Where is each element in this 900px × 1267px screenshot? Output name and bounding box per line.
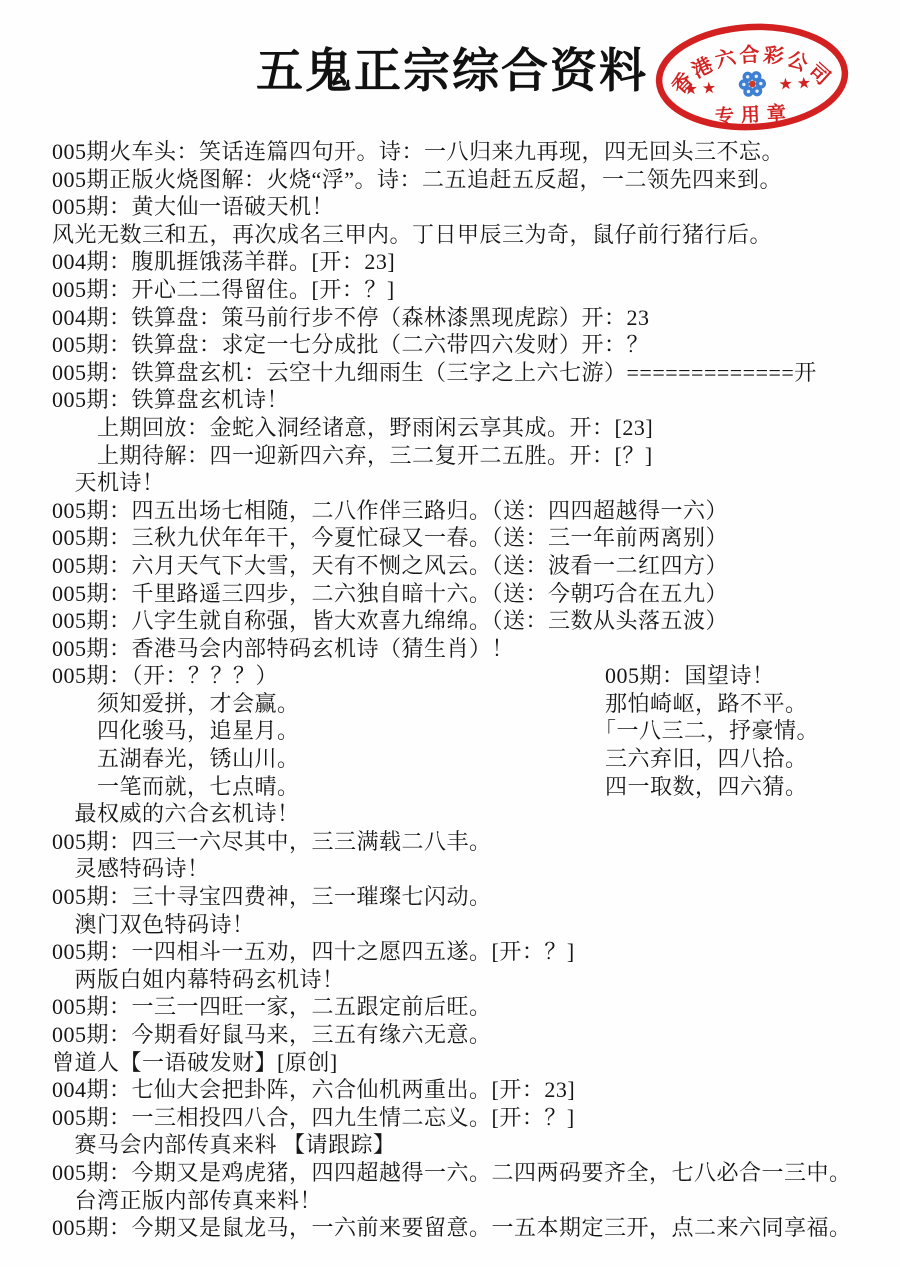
text-line: 005期：八字生就自称强，皆大欢喜九绵绵。（送：三数从头落五波） xyxy=(52,607,876,635)
company-seal: 香港六合彩公司 ★★ ★★ 专用章 xyxy=(649,17,854,137)
text-line: 赛马会内部传真来料 【请跟踪】 xyxy=(52,1131,876,1159)
text-line: 005期：一三一四旺一家，二五跟定前后旺。 xyxy=(52,993,876,1021)
text-line: 005期：开心二二得留住。[开：？] xyxy=(52,276,876,304)
text-line: 那怕崎岖，路不平。 xyxy=(605,690,876,718)
text-line: 风光无数三和五，再次成名三甲内。丁日甲辰三为奇，鼠仔前行猪行后。 xyxy=(52,221,876,249)
document-body: 005期火车头：笑话连篇四句开。诗：一八归来九再现，四无回头三不忘。005期正版… xyxy=(52,138,876,1242)
left-poem-column: 005期：（开：？？？） 须知爱拼，才会赢。 四化骏马，追星月。 五湖春光，锈山… xyxy=(52,662,605,800)
text-line: 005期正版火烧图解：火烧“浮”。诗：二五追赶五反超，一二领先四来到。 xyxy=(52,166,876,194)
text-line: 005期：香港马会内部特码玄机诗（猜生肖）！ xyxy=(52,635,876,663)
text-line: 曾道人【一语破发财】[原创] xyxy=(52,1049,876,1077)
text-line: 四一取数，四六猜。 xyxy=(605,773,876,801)
text-line: 须知爱拼，才会赢。 xyxy=(52,690,605,718)
text-line: 四化骏马，追星月。 xyxy=(52,717,605,745)
star-icons-left: ★★ xyxy=(683,80,721,99)
text-line: 005期：铁算盘玄机：云空十九细雨生（三字之上六七游）=============… xyxy=(52,359,876,387)
text-line: 两版白姐内幕特码玄机诗！ xyxy=(52,966,876,994)
text-line: 005期：今期看好鼠马来，三五有缘六无意。 xyxy=(52,1021,876,1049)
text-line: 005期：铁算盘：求定一七分成批（二六带四六发财）开：？ xyxy=(52,331,876,359)
flower-icon xyxy=(738,71,767,98)
text-line: 005期：三秋九伏年年干，今夏忙碌又一春。（送：三一年前两离别） xyxy=(52,524,876,552)
text-line: 005期：铁算盘玄机诗！ xyxy=(52,386,876,414)
seal-bottom-text: 专用章 xyxy=(714,101,793,128)
text-line: 澳门双色特码诗！ xyxy=(52,911,876,939)
text-line: 005期：国望诗！ xyxy=(605,662,876,690)
text-line: 004期：七仙大会把卦阵，六合仙机两重出。[开：23] xyxy=(52,1076,876,1104)
text-line: 005期火车头：笑话连篇四句开。诗：一八归来九再现，四无回头三不忘。 xyxy=(52,138,876,166)
body-text-bottom: 最权威的六合玄机诗！005期：四三一六尽其中，三三满载二八丰。 灵感特码诗！00… xyxy=(52,800,876,1242)
text-line: 005期：六月天气下大雪，天有不恻之风云。（送：波看一二红四方） xyxy=(52,552,876,580)
text-line: 005期：（开：？？？） xyxy=(52,662,605,690)
right-poem-column: 005期：国望诗！那怕崎岖，路不平。｢一八三二，抒豪情。三六弃旧，四八拾。四一取… xyxy=(605,662,876,800)
text-line: ｢一八三二，抒豪情。 xyxy=(605,717,876,745)
page-title: 五鬼正宗综合资料 xyxy=(256,34,648,101)
text-line: 上期回放：金蛇入洞经诸意，野雨闲云享其成。开：[23] xyxy=(52,414,876,442)
two-column-section: 005期：（开：？？？） 须知爱拼，才会赢。 四化骏马，追星月。 五湖春光，锈山… xyxy=(52,662,876,800)
text-line: 一笔而就，七点晴。 xyxy=(52,773,605,801)
star-icons-right: ★★ xyxy=(778,75,816,94)
text-line: 台湾正版内部传真来料！ xyxy=(52,1187,876,1215)
text-line: 005期：千里路遥三四步，二六独自暗十六。（送：今朝巧合在五九） xyxy=(52,580,876,608)
text-line: 天机诗！ xyxy=(52,469,876,497)
text-line: 005期：一四相斗一五劝，四十之愿四五遂。[开：？] xyxy=(52,938,876,966)
text-line: 004期：腹肌捱饿荡羊群。[开：23] xyxy=(52,248,876,276)
text-line: 最权威的六合玄机诗！ xyxy=(52,800,876,828)
text-line: 005期：四三一六尽其中，三三满载二八丰。 xyxy=(52,828,876,856)
text-line: 五湖春光，锈山川。 xyxy=(52,745,605,773)
text-line: 三六弃旧，四八拾。 xyxy=(605,745,876,773)
document-page: 五鬼正宗综合资料 香港六合彩公司 ★★ ★★ 专用章 005期火车头 xyxy=(0,0,900,1267)
text-line: 005期：一三相投四八合，四九生情二忘义。[开：？] xyxy=(52,1104,876,1132)
text-line: 004期：铁算盘：策马前行步不停（森林漆黑现虎踪）开：23 xyxy=(52,304,876,332)
text-line: 上期待解：四一迎新四六弃，三二复开二五胜。开：[？] xyxy=(52,442,876,470)
body-text-top: 005期火车头：笑话连篇四句开。诗：一八归来九再现，四无回头三不忘。005期正版… xyxy=(52,138,876,662)
text-line: 005期：四五出场七相随，二八作伴三路归。（送：四四超越得一六） xyxy=(52,497,876,525)
text-line: 灵感特码诗！ xyxy=(52,855,876,883)
text-line: 005期：今期又是鸡虎猪，四四超越得一六。二四两码要齐全，七八必合一三中。 xyxy=(52,1159,876,1187)
text-line: 005期：今期又是鼠龙马，一六前来要留意。一五本期定三开，点二来六同享福。 xyxy=(52,1214,876,1242)
text-line: 005期：黄大仙一语破天机！ xyxy=(52,193,876,221)
text-line: 005期：三十寻宝四费神，三一璀璨七闪动。 xyxy=(52,883,876,911)
